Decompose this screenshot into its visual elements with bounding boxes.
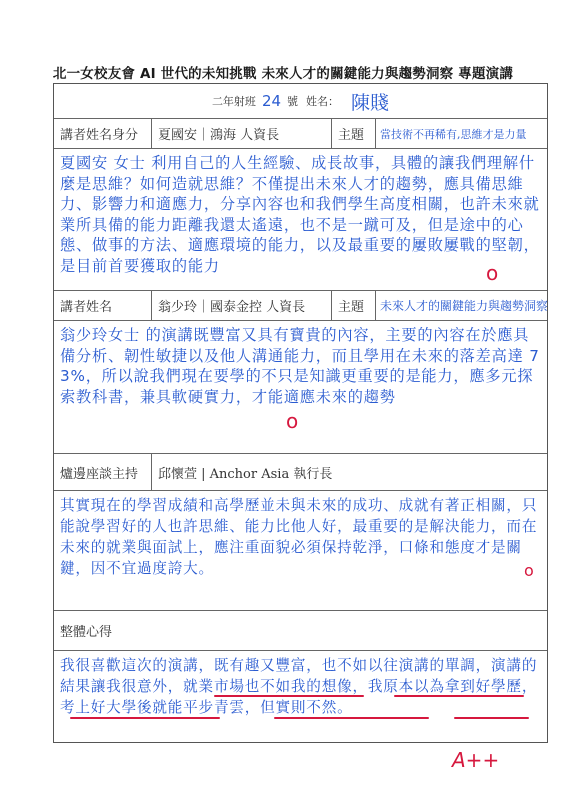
seat-number: 24: [262, 92, 281, 110]
feedback-form: 二年射班 24 號 姓名： 陳賤 講者姓名身分 夏國安｜鴻海 人資長 主題 當技…: [53, 83, 548, 743]
notes-text: 夏國安 女士 利用自己的人生經驗、成長故事，具體的讓我們理解什麼是思維？如何造就…: [60, 153, 541, 276]
overall-reflection-label: 整體心得: [54, 611, 547, 650]
section-2-notes: 翁少玲女士 的演講既豐富又具有寶貴的內容，主要的內容在於應具備分析、韌性敏捷以及…: [54, 321, 547, 454]
section-4-header: 整體心得: [54, 611, 547, 651]
red-underline: [394, 695, 524, 697]
topic-value: 當技術不再稀有,思維才是力量: [375, 119, 547, 148]
speaker-name: 翁少玲｜國泰金控 人資長: [151, 291, 331, 320]
section-1-notes: 夏國安 女士 利用自己的人生經驗、成長故事，具體的讓我們理解什麼是思維？如何造就…: [54, 149, 547, 291]
check-mark: o: [486, 261, 498, 285]
red-underline: [274, 717, 429, 719]
section-2-header: 講者姓名 翁少玲｜國泰金控 人資長 主題 未來人才的關鍵能力與趨勢洞察: [54, 291, 547, 321]
check-mark: o: [524, 561, 534, 580]
number-label: 號: [287, 93, 298, 109]
red-underline: [454, 717, 529, 719]
speaker-label: 講者姓名: [54, 291, 151, 320]
student-name: 陳賤: [351, 88, 389, 115]
red-underline: [214, 695, 364, 697]
section-3-notes: 其實現在的學習成績和高學歷並未與未來的成功、成就有著正相關，只能說學習好的人也許…: [54, 491, 547, 611]
check-mark: o: [286, 409, 298, 433]
moderator-label: 爐邊座談主持: [54, 454, 151, 490]
speaker-name: 夏國安｜鴻海 人資長: [151, 119, 331, 148]
topic-label: 主題: [331, 119, 375, 148]
student-info: 二年射班 24 號 姓名： 陳賤: [54, 84, 547, 118]
document-title: 北一女校友會 AI 世代的未知挑戰 未來人才的關鍵能力與趨勢洞察 專題演講: [0, 62, 566, 82]
name-label: 姓名：: [306, 93, 339, 109]
topic-label: 主題: [331, 291, 375, 320]
section-3-header: 爐邊座談主持 邱懷萱 | Anchor Asia 執行長: [54, 454, 547, 491]
red-underline: [70, 717, 220, 719]
topic-value: 未來人才的關鍵能力與趨勢洞察: [375, 291, 547, 320]
notes-text: 我很喜歡這次的演講，既有趣又豐富，也不如以往演講的單調，演講的結果讓我很意外，就…: [60, 655, 541, 718]
student-info-row: 二年射班 24 號 姓名： 陳賤: [54, 84, 547, 119]
section-1-header: 講者姓名身分 夏國安｜鴻海 人資長 主題 當技術不再稀有,思維才是力量: [54, 119, 547, 149]
speaker-label: 講者姓名身分: [54, 119, 151, 148]
class-label: 二年射班: [212, 93, 256, 109]
grade-mark: A++: [452, 748, 499, 772]
notes-text: 翁少玲女士 的演講既豐富又具有寶貴的內容，主要的內容在於應具備分析、韌性敏捷以及…: [60, 325, 541, 407]
moderator-name: 邱懷萱 | Anchor Asia 執行長: [151, 454, 547, 490]
section-4-notes: 我很喜歡這次的演講，既有趣又豐富，也不如以往演講的單調，演講的結果讓我很意外，就…: [54, 651, 547, 743]
notes-text: 其實現在的學習成績和高學歷並未與未來的成功、成就有著正相關，只能說學習好的人也許…: [60, 495, 541, 579]
